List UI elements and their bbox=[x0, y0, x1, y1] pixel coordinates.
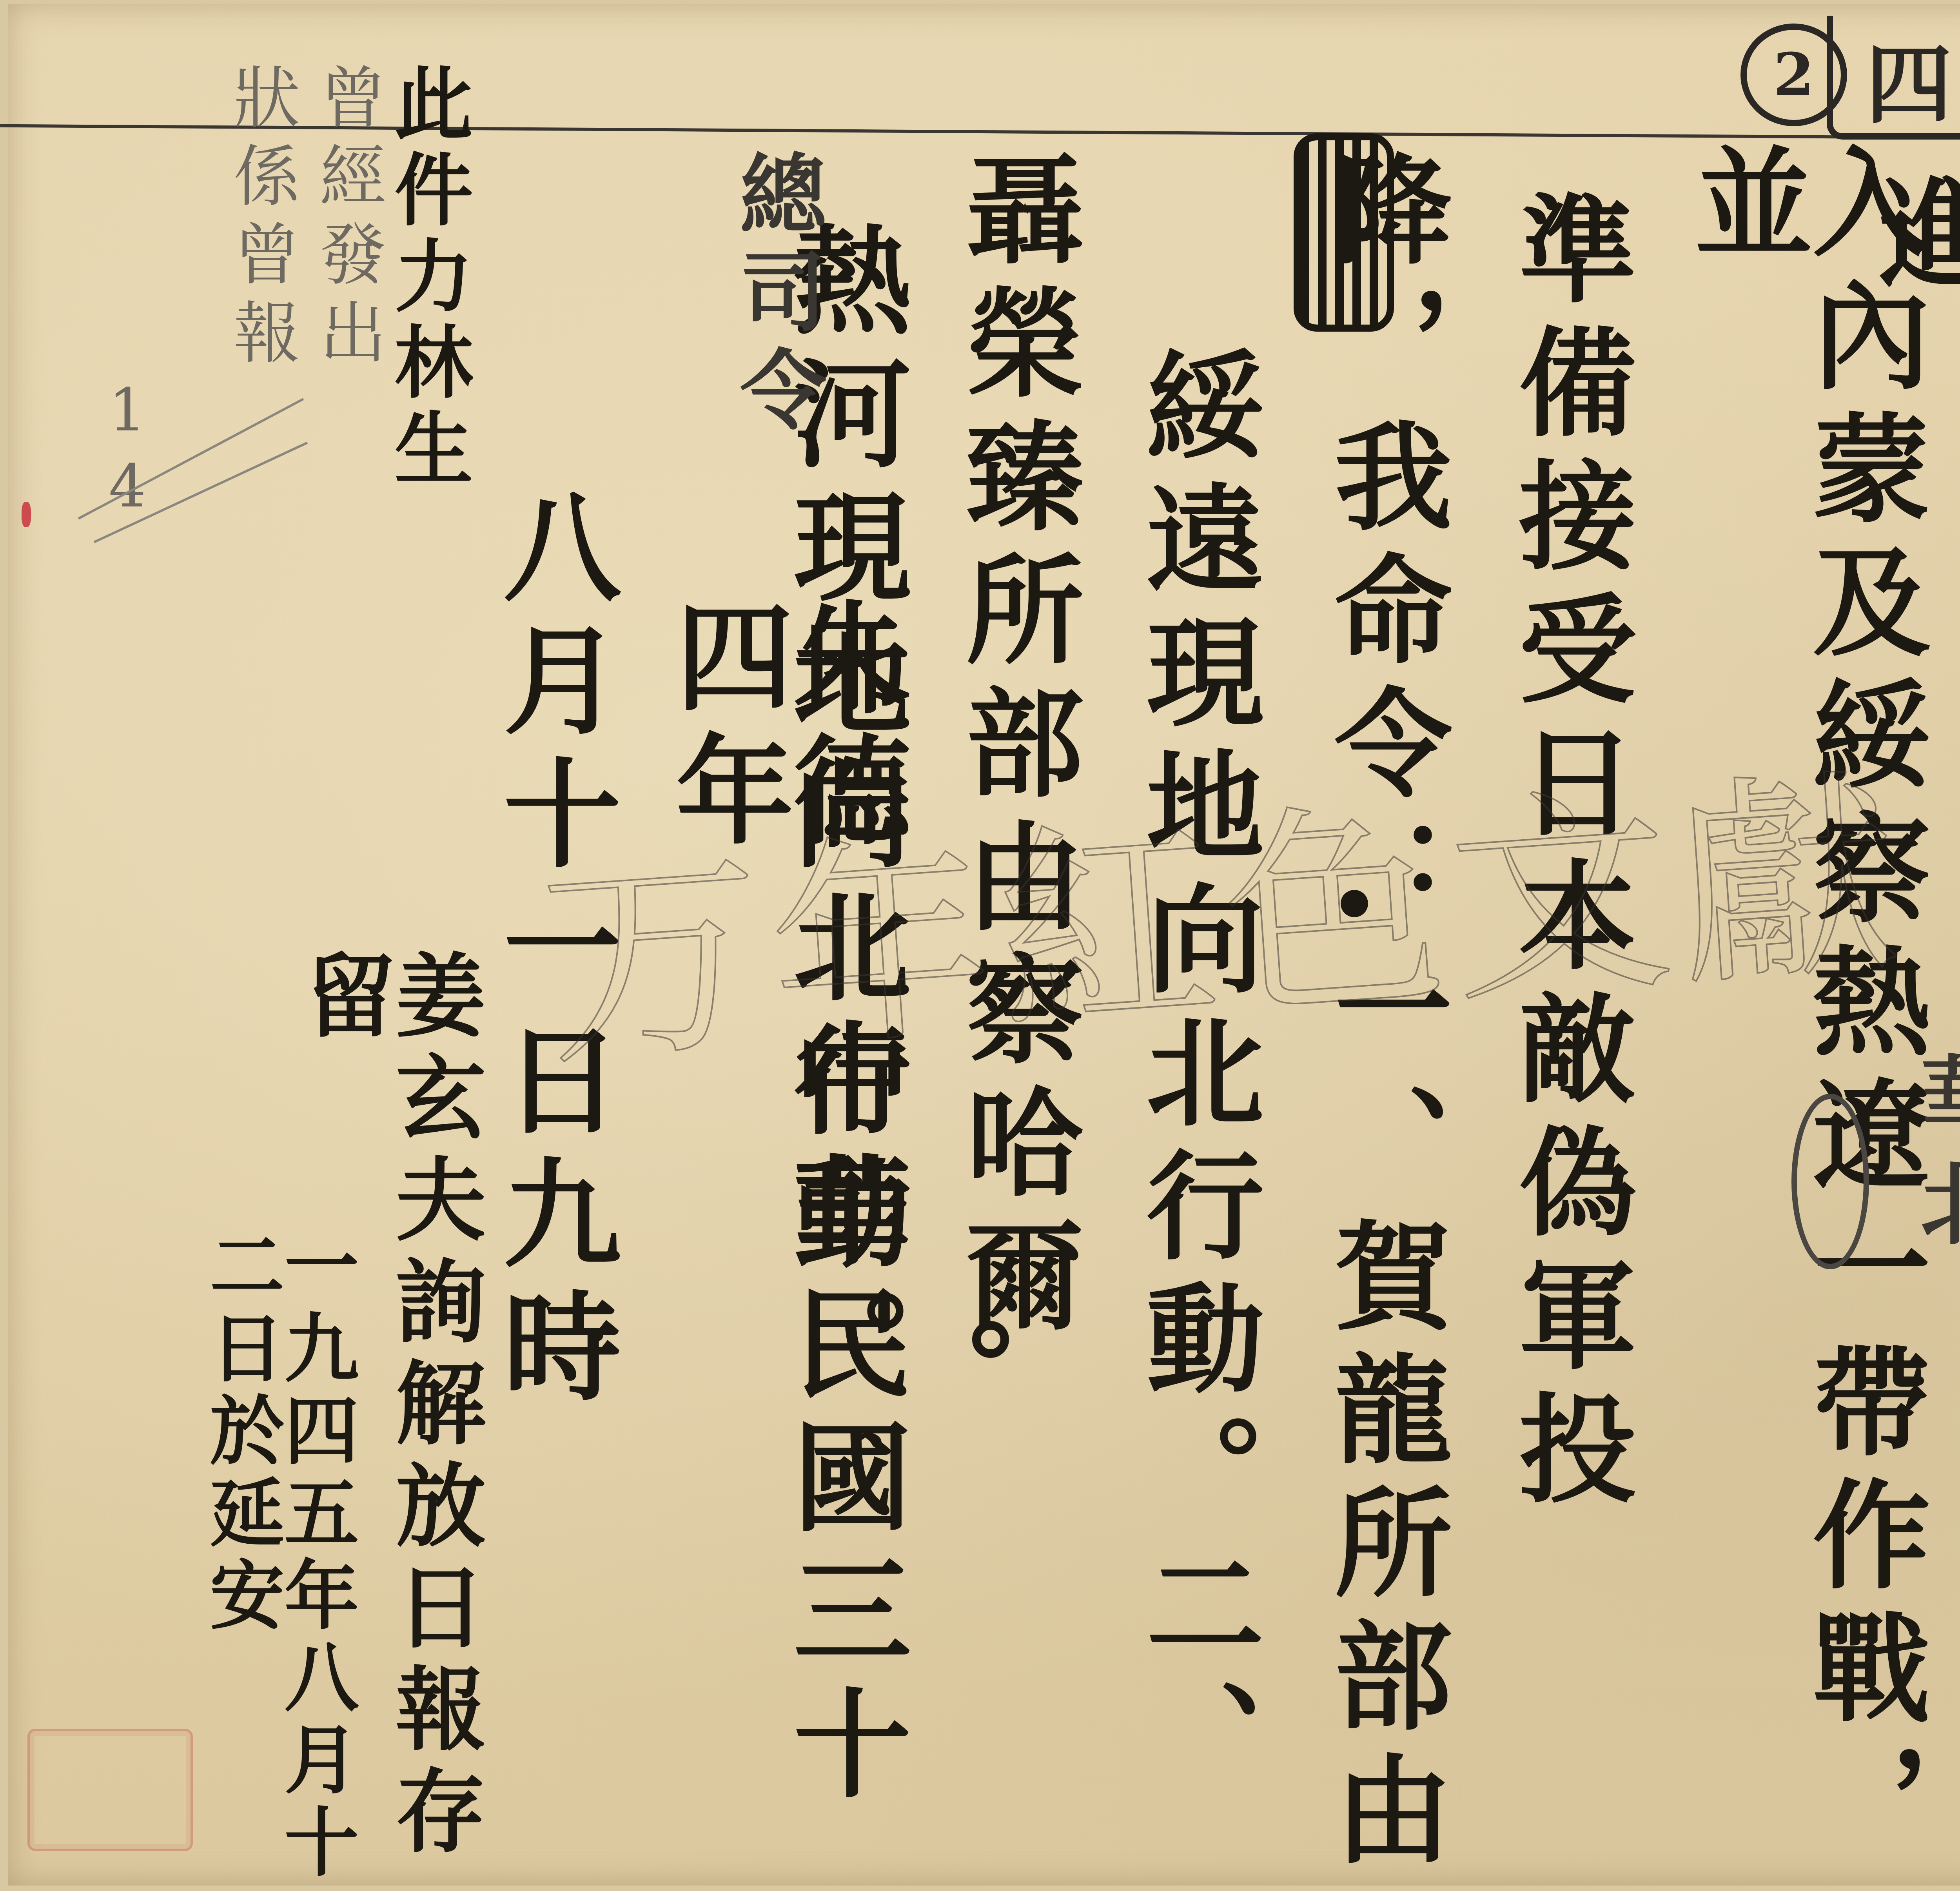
pencil-scribble-number: 14 bbox=[98, 376, 157, 528]
body-column-6: 聶榮臻所部由察哈爾 bbox=[956, 149, 1074, 1348]
crossed-out-character-block bbox=[1294, 133, 1394, 332]
insert-huabei: 華北 bbox=[1913, 1051, 1960, 1262]
top-left-ink-note: 此件力林生 bbox=[388, 63, 466, 494]
top-left-pencil-note-2: 狀係曾報 bbox=[227, 63, 294, 376]
commander-title-note: 總司令 bbox=[733, 149, 819, 443]
archive-date-note: 一九四五年八月十二日於延安 bbox=[204, 1227, 353, 1891]
red-dot-left-margin bbox=[22, 502, 31, 527]
faded-seal-stamp bbox=[27, 1729, 193, 1851]
body-column-5: 綏遠現地向北行動。二、 bbox=[1137, 345, 1254, 1811]
inserted-character-circle bbox=[1791, 1094, 1869, 1269]
top-left-pencil-note-1: 曾經發出 bbox=[314, 63, 380, 376]
heading-annotation: 四號毛 國 bbox=[1866, 16, 1960, 140]
page-number: 2 bbox=[1773, 40, 1814, 109]
period-circle-mark bbox=[972, 1321, 1009, 1358]
